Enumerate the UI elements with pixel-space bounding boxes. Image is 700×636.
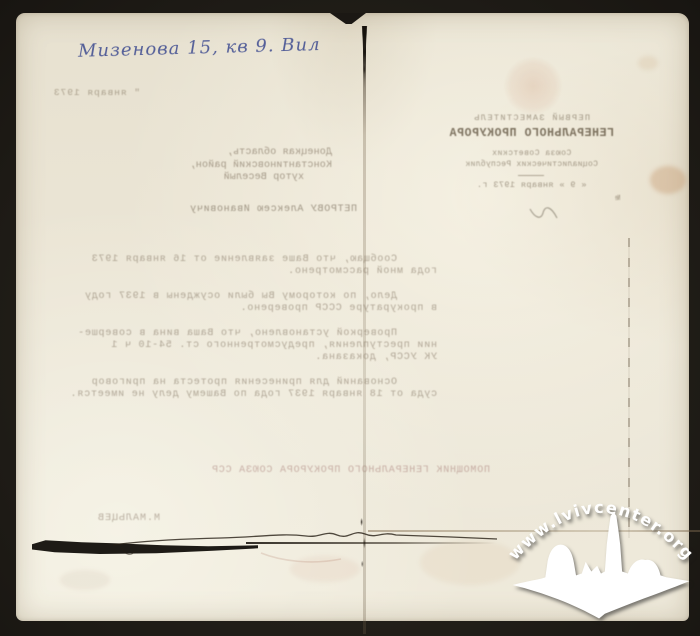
letterhead-line3: Союза Советских xyxy=(415,149,648,158)
letterhead-date-line: « 9 » января 1973 г. xyxy=(415,180,648,190)
paper-stain xyxy=(290,556,360,582)
body-line: УК УССР, доказана. xyxy=(55,352,437,364)
address-line: хутор Веселый xyxy=(189,172,332,185)
recipient-line: ПЕТРОВУ Алексею Ивановичу xyxy=(189,204,357,215)
letter-body: Сообщаю, что Ваше заявление от 16 января… xyxy=(55,254,437,402)
body-line: в прокуратуре СССР проверено. xyxy=(55,303,437,315)
letterhead-line1: ПЕРВЫЙ ЗАМЕСТИТЕЛЬ xyxy=(415,113,648,123)
address-line: Донецкая область, xyxy=(189,147,332,160)
letterhead-divider xyxy=(519,175,545,176)
pen-flourish-mark xyxy=(525,203,559,223)
letterhead-number-line: № xyxy=(415,194,648,203)
body-line: суда от 18 января 1937 года по Вашему де… xyxy=(55,389,437,401)
letterhead-block: ПЕРВЫЙ ЗАМЕСТИТЕЛЬ ГЕНЕРАЛЬНОГО ПРОКУРОР… xyxy=(415,113,648,203)
address-block: Донецкая область, Константиновский район… xyxy=(189,147,332,185)
body-line: Оснований для принесения протеста на при… xyxy=(55,377,437,389)
signature-title-line: ПОМОЩНИК ГЕНЕРАЛЬНОГО ПРОКУРОРА СОЮЗА СС… xyxy=(211,465,490,476)
watermark-url-arched: www.lvivcenter.org xyxy=(505,498,697,564)
lvivcenter-watermark-logo: www.lvivcenter.org xyxy=(505,486,697,634)
body-line: Сообщаю, что Ваше заявление от 16 января… xyxy=(55,254,437,266)
paper-stain xyxy=(638,56,658,70)
body-line: нии преступления, предусмотренного ст. 5… xyxy=(55,340,437,352)
letterhead-line2: ГЕНЕРАЛЬНОГО ПРОКУРОРА xyxy=(415,127,648,140)
paper-stain xyxy=(650,166,686,194)
scanned-document-photo: ПЕРВЫЙ ЗАМЕСТИТЕЛЬ ГЕНЕРАЛЬНОГО ПРОКУРОР… xyxy=(0,0,700,636)
body-line: Дело, по которому Вы были осуждены в 193… xyxy=(55,291,437,303)
body-line: Проверкой установлено, что Ваша вина в с… xyxy=(55,328,437,340)
letterhead-line4: Социалистических Республик xyxy=(415,160,648,169)
date-line: " января 1973 xyxy=(53,87,140,98)
round-emblem-stamp xyxy=(504,57,562,115)
address-line: Константиновский район, xyxy=(189,160,332,173)
body-line: года мной рассмотрено. xyxy=(55,266,437,278)
paper-stain xyxy=(60,570,110,590)
